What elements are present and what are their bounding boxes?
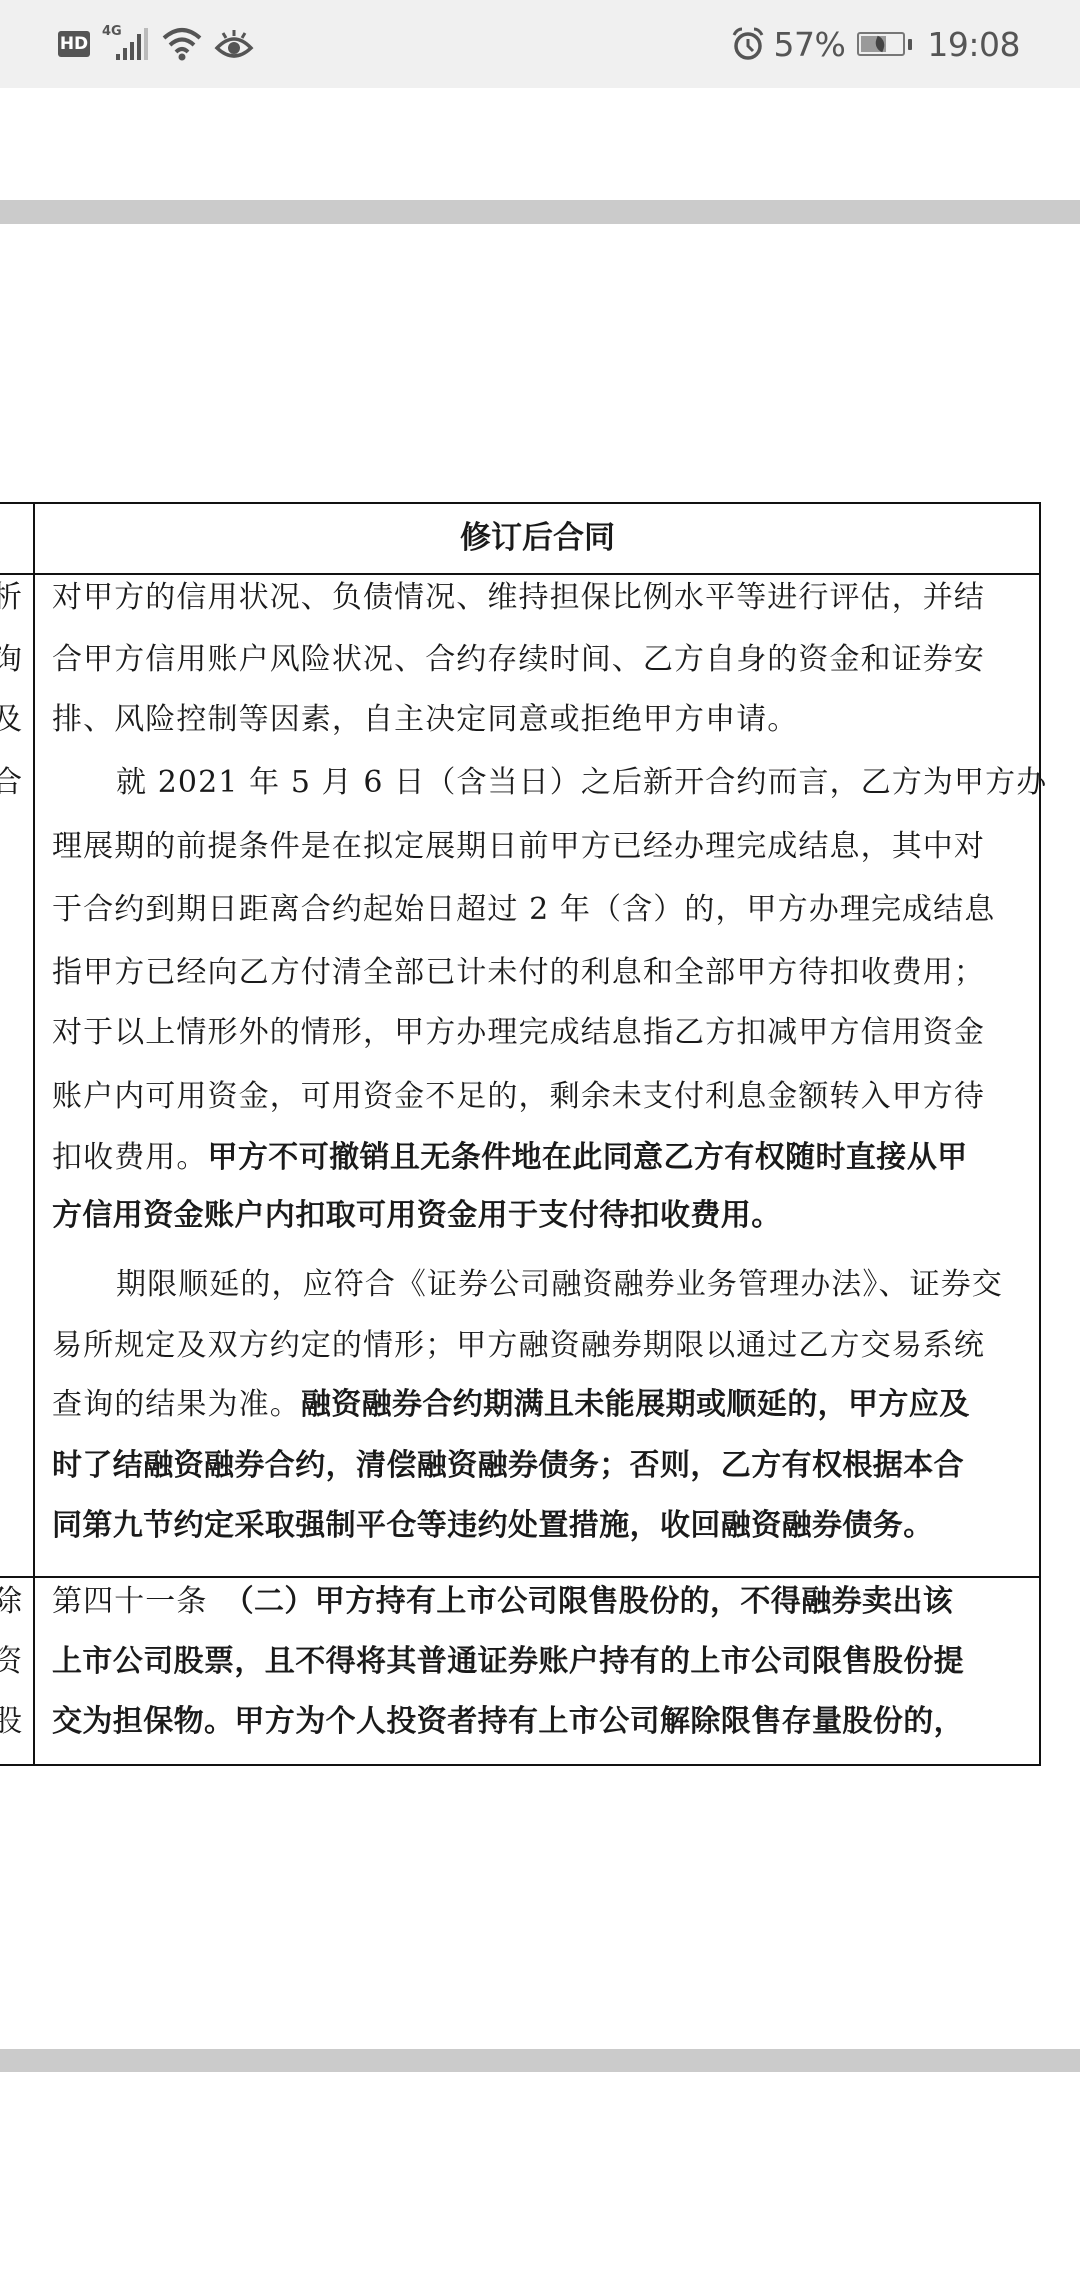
left-column-fragment: 资 bbox=[0, 1642, 30, 1682]
hd-icon: HD bbox=[58, 31, 90, 57]
paragraph-line: 扣收费用。甲方不可撤销且无条件地在此同意乙方有权随时直接从甲 bbox=[52, 1138, 968, 1178]
paragraph-line: 于合约到期日距离合约起始日超过 2 年（含）的，甲方办理完成结息 bbox=[52, 890, 995, 930]
left-column-fragment: 析 bbox=[0, 578, 30, 618]
battery-percent: 57% bbox=[774, 25, 846, 64]
eye-comfort-icon bbox=[214, 26, 254, 62]
paragraph-line: 理展期的前提条件是在拟定展期日前甲方已经办理完成结息，其中对 bbox=[52, 827, 985, 867]
paragraph-line: 对于以上情形外的情形，甲方办理完成结息指乙方扣减甲方信用资金 bbox=[52, 1013, 985, 1053]
status-bar-left: HD 4G bbox=[58, 22, 254, 66]
left-column-fragment: 股 bbox=[0, 1702, 30, 1742]
paragraph-line: 第四十一条 （二）甲方持有上市公司限售股份的，不得融券卖出该 bbox=[52, 1582, 953, 1622]
left-column-fragment: 及 bbox=[0, 700, 30, 740]
paragraph-line: 方信用资金账户内扣取可用资金用于支付待扣收费用。 bbox=[52, 1196, 782, 1236]
paragraph-line: 指甲方已经向乙方付清全部已计未付的利息和全部甲方待扣收费用； bbox=[52, 953, 985, 993]
row-border bbox=[0, 1576, 1041, 1578]
paragraph-line: 交为担保物。甲方为个人投资者持有上市公司解除限售存量股份的， bbox=[52, 1702, 964, 1742]
paragraph-line: 期限顺延的，应符合《证券公司融资融券业务管理办法》、证券交 bbox=[116, 1265, 1003, 1305]
paragraph-line: 就 2021 年 5 月 6 日（含当日）之后新开合约而言，乙方为甲方办 bbox=[116, 763, 1047, 803]
paragraph-line: 账户内可用资金，可用资金不足的，剩余未支付利息金额转入甲方待 bbox=[52, 1077, 985, 1117]
left-column-fragment: 询 bbox=[0, 640, 30, 680]
page-separator-bottom bbox=[0, 2049, 1080, 2072]
4g-signal-icon: 4G bbox=[102, 26, 150, 62]
battery-saver-icon bbox=[857, 32, 905, 56]
paragraph-line: 对甲方的信用状况、负债情况、维持担保比例水平等进行评估，并结 bbox=[52, 578, 985, 618]
wifi-icon bbox=[162, 26, 202, 62]
paragraph-line: 易所规定及双方约定的情形；甲方融资融券期限以通过乙方交易系统 bbox=[52, 1326, 985, 1366]
alarm-icon bbox=[730, 26, 766, 62]
column-header-revised-contract: 修订后合同 bbox=[34, 518, 1041, 558]
page-separator-top bbox=[0, 200, 1080, 224]
paragraph-line: 排、风险控制等因素，自主决定同意或拒绝甲方申请。 bbox=[52, 700, 798, 740]
paragraph-line: 查询的结果为准。融资融券合约期满且未能展期或顺延的，甲方应及 bbox=[52, 1385, 970, 1425]
status-bar: HD 4G 57% bbox=[0, 0, 1080, 88]
clock-time: 19:08 bbox=[927, 25, 1020, 64]
paragraph-line: 合甲方信用账户风险状况、合约存续时间、乙方自身的资金和证券安 bbox=[52, 640, 985, 680]
left-column-fragment: 合 bbox=[0, 763, 30, 803]
paragraph-line: 时了结融资融券合约，清偿融资融券债务；否则，乙方有权根据本合 bbox=[52, 1446, 964, 1486]
status-bar-right: 57% 19:08 bbox=[730, 22, 1020, 66]
left-column-fragment: 除 bbox=[0, 1582, 30, 1622]
paragraph-line: 同第九节约定采取强制平仓等违约处置措施，收回融资融券债务。 bbox=[52, 1506, 934, 1546]
paragraph-line: 上市公司股票，且不得将其普通证券账户持有的上市公司限售股份提 bbox=[52, 1642, 964, 1682]
header-row-border bbox=[0, 573, 1041, 575]
network-type-label: 4G bbox=[102, 24, 122, 39]
